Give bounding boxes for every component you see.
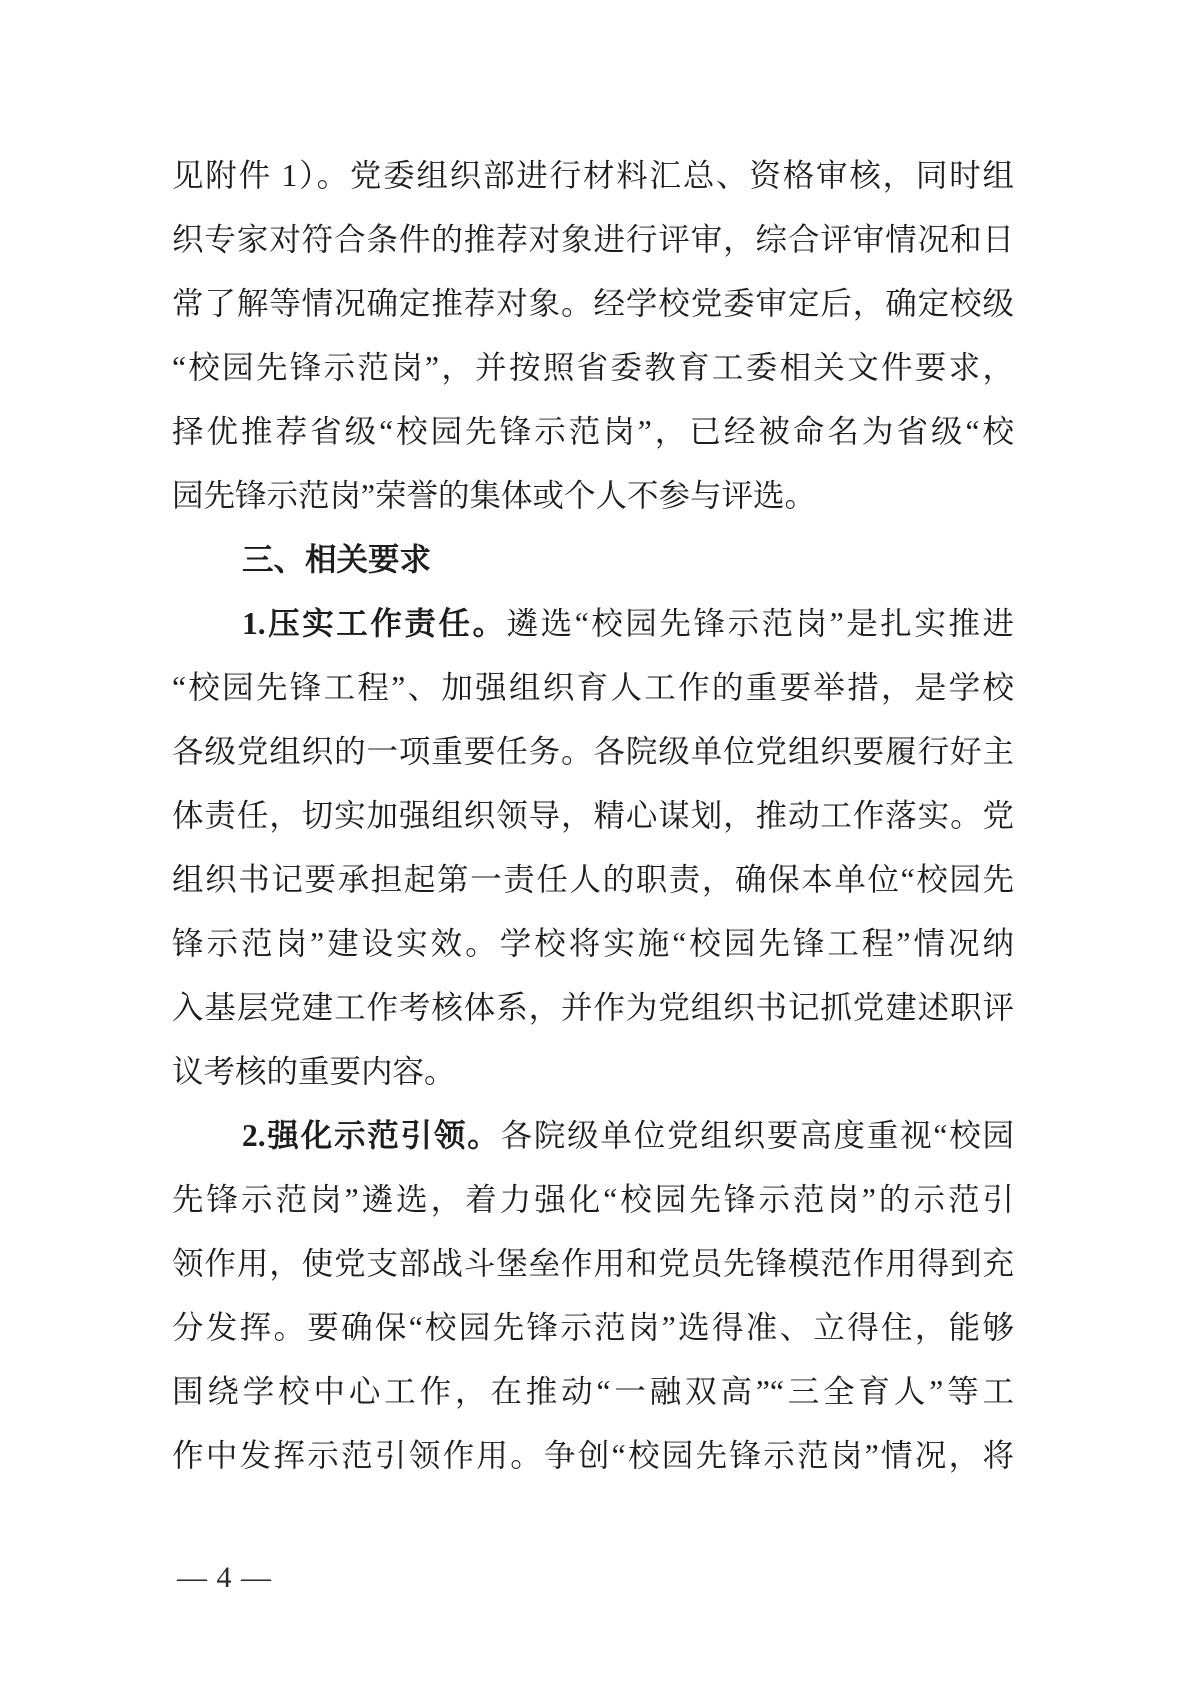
text-segment: 入基层党建工作考核体系，并作为党组织书记抓党建述职评 [172, 990, 1014, 1025]
text-line: 各级党组织的一项重要任务。各院级单位党组织要履行好主 [172, 720, 1014, 784]
text-segment: 择优推荐省级“校园先锋示范岗”，已经被命名为省级“校 [172, 414, 1014, 449]
text-segment: 体责任，切实加强组织领导，精心谋划，推动工作落实。党 [172, 798, 1014, 833]
text-segment: “校园先锋示范岗”，并按照省委教育工委相关文件要求， [172, 350, 1014, 385]
text-line: 择优推荐省级“校园先锋示范岗”，已经被命名为省级“校 [172, 400, 1014, 464]
text-segment: 各院级单位党组织要高度重视“校园 [501, 1118, 1014, 1153]
text-line: “校园先锋工程”、加强组织育人工作的重要举措，是学校 [172, 656, 1014, 720]
text-line: 先锋示范岗”遴选，着力强化“校园先锋示范岗”的示范引 [172, 1168, 1014, 1232]
text-line: 园先锋示范岗”荣誉的集体或个人不参与评选。 [172, 464, 1014, 528]
text-line: 入基层党建工作考核体系，并作为党组织书记抓党建述职评 [172, 976, 1014, 1040]
text-segment: 遴选“校园先锋示范岗”是扎实推进 [507, 606, 1014, 641]
text-segment: 先锋示范岗”遴选，着力强化“校园先锋示范岗”的示范引 [172, 1182, 1014, 1217]
text-line: 见附件 1）。党委组织部进行材料汇总、资格审核，同时组 [172, 144, 1014, 208]
text-segment: 领作用，使党支部战斗堡垒作用和党员先锋模范作用得到充 [172, 1246, 1014, 1281]
text-line: 分发挥。要确保“校园先锋示范岗”选得准、立得住，能够 [172, 1296, 1014, 1360]
text-line: 组织书记要承担起第一责任人的职责，确保本单位“校园先 [172, 848, 1014, 912]
text-line: 围绕学校中心工作，在推动“一融双高”“三全育人”等工 [172, 1360, 1014, 1424]
text-line: 2.强化示范引领。各院级单位党组织要高度重视“校园 [172, 1104, 1014, 1168]
page-number: — 4 — [177, 1554, 272, 1602]
text-line: 三、相关要求 [172, 528, 1014, 592]
text-segment: 各级党组织的一项重要任务。各院级单位党组织要履行好主 [172, 734, 1014, 769]
text-line: 议考核的重要内容。 [172, 1040, 1014, 1104]
text-segment: 作中发挥示范引领作用。争创“校园先锋示范岗”情况，将 [172, 1438, 1014, 1473]
text-segment: 见附件 1）。党委组织部进行材料汇总、资格审核，同时组 [172, 158, 1014, 193]
text-line: “校园先锋示范岗”，并按照省委教育工委相关文件要求， [172, 336, 1014, 400]
text-segment: 织专家对符合条件的推荐对象进行评审，综合评审情况和日 [172, 222, 1014, 257]
document-page: 见附件 1）。党委组织部进行材料汇总、资格审核，同时组织专家对符合条件的推荐对象… [0, 0, 1190, 1683]
text-segment: “校园先锋工程”、加强组织育人工作的重要举措，是学校 [172, 670, 1014, 705]
text-line: 1.压实工作责任。遴选“校园先锋示范岗”是扎实推进 [172, 592, 1014, 656]
text-line: 体责任，切实加强组织领导，精心谋划，推动工作落实。党 [172, 784, 1014, 848]
bold-text-segment: 三、相关要求 [242, 542, 431, 577]
text-line: 作中发挥示范引领作用。争创“校园先锋示范岗”情况，将 [172, 1424, 1014, 1488]
text-segment: 围绕学校中心工作，在推动“一融双高”“三全育人”等工 [172, 1374, 1014, 1409]
text-line: 锋示范岗”建设实效。学校将实施“校园先锋工程”情况纳 [172, 912, 1014, 976]
bold-text-segment: 2.强化示范引领。 [242, 1118, 501, 1153]
bold-text-segment: 1.压实工作责任。 [242, 606, 507, 641]
text-segment: 园先锋示范岗”荣誉的集体或个人不参与评选。 [172, 478, 816, 513]
text-segment: 锋示范岗”建设实效。学校将实施“校园先锋工程”情况纳 [172, 926, 1014, 961]
text-line: 常了解等情况确定推荐对象。经学校党委审定后，确定校级 [172, 272, 1014, 336]
text-segment: 组织书记要承担起第一责任人的职责，确保本单位“校园先 [172, 862, 1014, 897]
text-segment: 常了解等情况确定推荐对象。经学校党委审定后，确定校级 [172, 286, 1014, 321]
text-line: 织专家对符合条件的推荐对象进行评审，综合评审情况和日 [172, 208, 1014, 272]
document-body: 见附件 1）。党委组织部进行材料汇总、资格审核，同时组织专家对符合条件的推荐对象… [172, 144, 1014, 1488]
text-line: 领作用，使党支部战斗堡垒作用和党员先锋模范作用得到充 [172, 1232, 1014, 1296]
text-segment: 议考核的重要内容。 [172, 1054, 456, 1089]
text-segment: 分发挥。要确保“校园先锋示范岗”选得准、立得住，能够 [172, 1310, 1014, 1345]
